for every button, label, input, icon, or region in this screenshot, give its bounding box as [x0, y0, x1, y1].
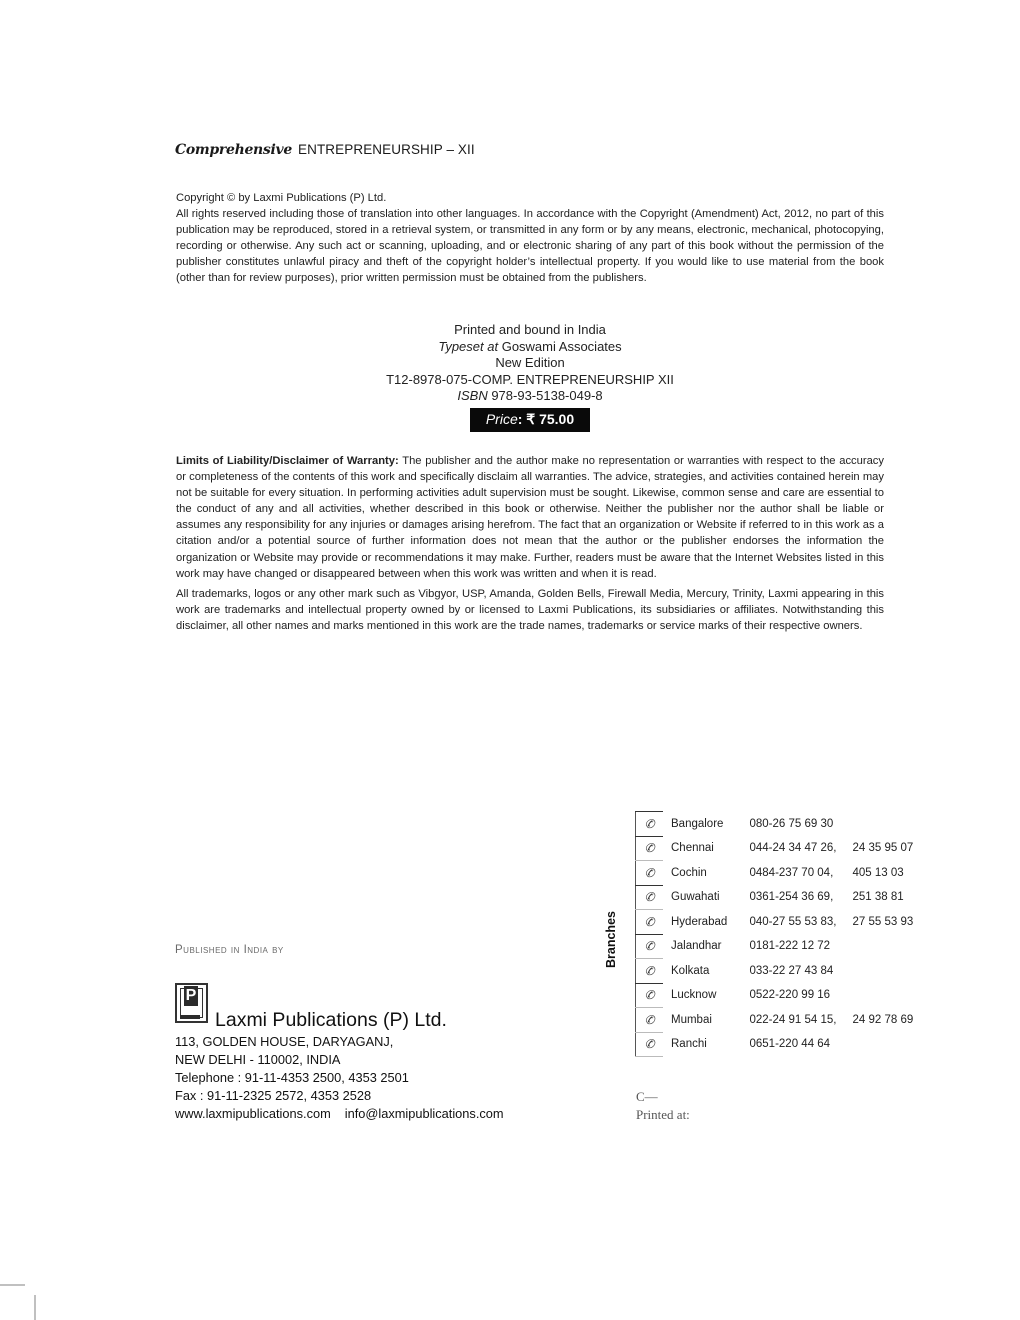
address-line-1: 113, GOLDEN HOUSE, DARYAGANJ,	[175, 1033, 504, 1051]
crop-mark-vertical	[34, 1295, 36, 1320]
branch-city: Lucknow	[663, 983, 750, 1008]
branch-row: ✆Guwahati0361-254 36 69,251 38 81	[636, 885, 914, 910]
printed-at: Printed at:	[636, 1106, 690, 1124]
branch-phone-2: 251 38 81	[853, 885, 914, 910]
branch-phone-2	[853, 959, 914, 984]
crop-mark-horizontal	[0, 1284, 25, 1286]
telephone: Telephone : 91-11-4353 2500, 4353 2501	[175, 1069, 504, 1087]
isbn-line: ISBN 978-93-5138-049-8	[350, 388, 710, 405]
disclaimer-section: Limits of Liability/Disclaimer of Warran…	[176, 453, 884, 638]
branch-city: Kolkata	[663, 959, 750, 984]
branch-phone-1: 0651-220 44 64	[750, 1032, 853, 1057]
branch-city: Chennai	[663, 836, 750, 861]
phone-icon: ✆	[636, 959, 664, 984]
phone-icon: ✆	[636, 910, 664, 935]
fax: Fax : 91-11-2325 2572, 4353 2528	[175, 1087, 504, 1105]
phone-icon: ✆	[636, 1032, 664, 1057]
disclaimer-paragraph: Limits of Liability/Disclaimer of Warran…	[176, 453, 884, 582]
publisher-name: Laxmi Publications (P) Ltd.	[215, 1009, 447, 1032]
branch-row: ✆Hyderabad040-27 55 53 83,27 55 53 93	[636, 910, 914, 935]
branch-row: ✆Bangalore080-26 75 69 30	[636, 812, 914, 837]
branch-phone-1: 0484-237 70 04,	[750, 861, 853, 886]
branch-phone-1: 033-22 27 43 84	[750, 959, 853, 984]
price-label: Price	[486, 411, 518, 427]
branch-row: ✆Jalandhar0181-222 12 72	[636, 934, 914, 959]
branch-city: Bangalore	[663, 812, 750, 837]
logo-letter: P	[184, 986, 198, 1006]
branch-row: ✆Cochin0484-237 70 04,405 13 03	[636, 861, 914, 886]
branch-phone-1: 022-24 91 54 15,	[750, 1008, 853, 1033]
branch-phone-2: 24 35 95 07	[853, 836, 914, 861]
branch-phone-1: 040-27 55 53 83,	[750, 910, 853, 935]
typeset-label: Typeset at	[438, 339, 498, 354]
isbn-label: ISBN	[457, 388, 487, 403]
typeset-line: Typeset at Goswami Associates	[350, 339, 710, 356]
branch-row: ✆Lucknow0522-220 99 16	[636, 983, 914, 1008]
branch-row: ✆Mumbai022-24 91 54 15,24 92 78 69	[636, 1008, 914, 1033]
copyright-notice: Copyright © by Laxmi Publications (P) Lt…	[176, 190, 884, 287]
branch-phone-2: 24 92 78 69	[853, 1008, 914, 1033]
branch-phone-1: 0361-254 36 69,	[750, 885, 853, 910]
book-code: T12-8978-075-COMP. ENTREPRENEURSHIP XII	[350, 372, 710, 389]
address-line-2: NEW DELHI - 110002, INDIA	[175, 1051, 504, 1069]
disclaimer-heading: Limits of Liability/Disclaimer of Warran…	[176, 455, 399, 467]
branch-row: ✆Chennai044-24 34 47 26,24 35 95 07	[636, 836, 914, 861]
typeset-value: Goswami Associates	[502, 339, 622, 354]
web-contact: www.laxmipublications.cominfo@laxmipubli…	[175, 1105, 504, 1123]
phone-icon: ✆	[636, 861, 664, 886]
copyright-line: Copyright © by Laxmi Publications (P) Lt…	[176, 190, 884, 206]
published-by-label: Published in India by	[175, 944, 284, 956]
branch-city: Mumbai	[663, 1008, 750, 1033]
branch-phone-1: 080-26 75 69 30	[750, 812, 853, 837]
branch-row: ✆Kolkata033-22 27 43 84	[636, 959, 914, 984]
branches-label: Branches	[604, 911, 618, 968]
branch-row: ✆Ranchi0651-220 44 64	[636, 1032, 914, 1057]
isbn-value: 978-93-5138-049-8	[491, 388, 602, 403]
phone-icon: ✆	[636, 934, 664, 959]
phone-icon: ✆	[636, 885, 664, 910]
copyright-body: All rights reserved including those of t…	[176, 206, 884, 286]
branch-city: Ranchi	[663, 1032, 750, 1057]
printed-in: Printed and bound in India	[350, 322, 710, 339]
branch-city: Cochin	[663, 861, 750, 886]
price-value: : ₹ 75.00	[518, 411, 574, 427]
edition: New Edition	[350, 355, 710, 372]
imprint-block: Printed and bound in India Typeset at Go…	[350, 322, 710, 432]
branch-phone-2	[853, 983, 914, 1008]
email-link[interactable]: info@laxmipublications.com	[345, 1106, 504, 1121]
branch-city: Jalandhar	[663, 934, 750, 959]
website-link[interactable]: www.laxmipublications.com	[175, 1106, 331, 1121]
publisher-address: 113, GOLDEN HOUSE, DARYAGANJ, NEW DELHI …	[175, 1033, 504, 1123]
disclaimer-body: The publisher and the author make no rep…	[176, 455, 884, 580]
branch-city: Guwahati	[663, 885, 750, 910]
branch-phone-2	[853, 1032, 914, 1057]
trademarks-paragraph: All trademarks, logos or any other mark …	[176, 586, 884, 634]
printer-info: C— Printed at:	[636, 1088, 690, 1124]
phone-icon: ✆	[636, 836, 664, 861]
branch-phone-2	[853, 934, 914, 959]
printer-code: C—	[636, 1088, 690, 1106]
publisher-logo-icon: P	[175, 983, 208, 1023]
book-title: ComprehensiveENTREPRENEURSHIP – XII	[175, 142, 475, 158]
title-script-word: Comprehensive	[175, 142, 292, 158]
branch-phone-1: 0181-222 12 72	[750, 934, 853, 959]
branch-phone-1: 0522-220 99 16	[750, 983, 853, 1008]
branch-phone-2: 405 13 03	[853, 861, 914, 886]
price-badge: Price: ₹ 75.00	[470, 408, 590, 432]
branch-phone-2	[853, 812, 914, 837]
branch-phone-1: 044-24 34 47 26,	[750, 836, 853, 861]
phone-icon: ✆	[636, 983, 664, 1008]
title-main: ENTREPRENEURSHIP – XII	[298, 142, 475, 157]
branch-city: Hyderabad	[663, 910, 750, 935]
branches-table: ✆Bangalore080-26 75 69 30✆Chennai044-24 …	[635, 811, 914, 1057]
branch-phone-2: 27 55 53 93	[853, 910, 914, 935]
phone-icon: ✆	[636, 812, 664, 837]
phone-icon: ✆	[636, 1008, 664, 1033]
